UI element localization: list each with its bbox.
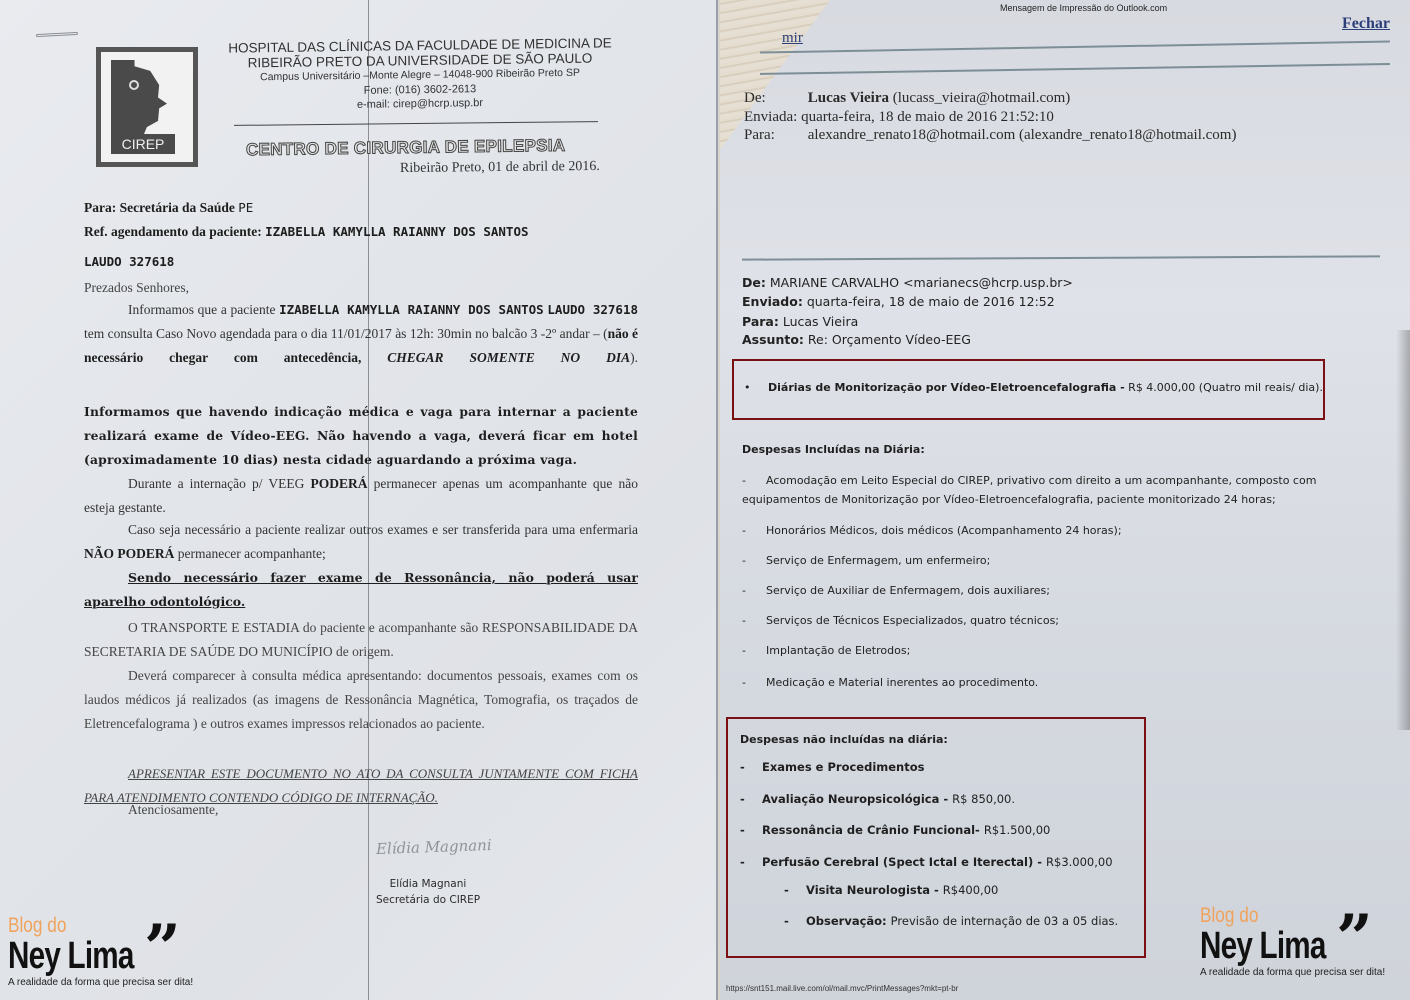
reference-label: Ref. agendamento da paciente: xyxy=(84,224,262,239)
dash-bullet-icon: - xyxy=(742,581,766,600)
excluded-item-price: Previsão de internação de 03 a 05 dias. xyxy=(891,914,1119,928)
excluded-item: -Ressonância de Crânio Funcional- R$1.50… xyxy=(740,823,1050,837)
field-label: Enviada: xyxy=(744,109,797,125)
text: ). xyxy=(630,350,638,365)
outer-sent: Enviada: quarta-feira, 18 de maio de 201… xyxy=(744,109,1054,126)
dash-bullet-icon: - xyxy=(740,792,762,806)
inner-subject: Assunto: Re: Orçamento Vídeo-EEG xyxy=(742,332,971,347)
print-link[interactable]: mir xyxy=(782,30,803,47)
text: permanecer acompanhante; xyxy=(178,546,326,561)
reference-line: Ref. agendamento da paciente: IZABELLA K… xyxy=(84,220,638,244)
excluded-item-price: R$3.000,00 xyxy=(1046,855,1113,869)
italic-notice: CHEGAR SOMENTE NO DIA xyxy=(387,350,630,365)
greeting: Prezados Senhores, xyxy=(84,276,638,300)
quote-mark-icon: ” xyxy=(1336,907,1373,971)
excluded-item: -Exames e Procedimentos xyxy=(740,760,924,774)
patient-name: IZABELLA KAMYLLA RAIANNY DOS SANTOS xyxy=(265,224,528,239)
blog-watermark: Blog do Ney Lima ” A realidade da forma … xyxy=(1200,905,1410,978)
bold-notice: PODERÁ xyxy=(310,476,367,491)
included-item-text: Honorários Médicos, dois médicos (Acompa… xyxy=(766,524,1122,537)
field-label: Para: xyxy=(742,314,779,329)
inner-from: De: MARIANE CARVALHO <marianecs@hcrp.usp… xyxy=(742,275,1073,290)
excluded-item-label: Visita Neurologista - xyxy=(806,883,943,897)
print-footer-url: https://snt151.mail.live.com/ol/mail.mvc… xyxy=(726,984,958,993)
daily-rate-label: Diárias de Monitorização por Vídeo-Eletr… xyxy=(768,381,1125,394)
sender: MARIANE CARVALHO <marianecs@hcrp.usp.br> xyxy=(770,275,1073,290)
dash-bullet-icon: - xyxy=(740,760,762,774)
field-label: De: xyxy=(742,275,766,290)
recipient: Lucas Vieira xyxy=(783,314,858,329)
recipient: alexandre_renato18@hotmail.com (alexandr… xyxy=(808,127,1237,143)
handwritten-signature: Elídia Magnani xyxy=(376,836,492,858)
header-divider xyxy=(234,121,598,126)
excluded-item-price: R$ 850,00. xyxy=(952,792,1015,806)
sender-email: (lucass_vieira@hotmail.com) xyxy=(893,90,1071,106)
recipient-label: Para: Secretária da Saúde xyxy=(84,200,235,215)
excluded-item: -Avaliação Neuropsicológica - R$ 850,00. xyxy=(740,792,1015,806)
included-item: -Medicação e Material inerentes ao proce… xyxy=(742,673,1390,692)
daily-rate-price: R$ 4.000,00 (Quatro mil reais/ dia). xyxy=(1128,381,1323,394)
dash-bullet-icon: - xyxy=(740,823,762,837)
included-item-text: Acomodação em Leito Especial do CIREP, p… xyxy=(742,474,1316,506)
dash-bullet-icon: - xyxy=(742,673,766,692)
signer-name: Elídia Magnani xyxy=(372,876,484,892)
watermark-tagline: A realidade da forma que precisa ser dit… xyxy=(8,977,228,988)
outer-from: De: Lucas Vieira (lucass_vieira@hotmail.… xyxy=(744,90,1070,107)
text: Caso seja necessário a paciente realizar… xyxy=(128,522,638,537)
included-item: -Acomodação em Leito Especial do CIREP, … xyxy=(742,471,1390,509)
included-item: -Serviço de Enfermagem, um enfermeiro; xyxy=(742,551,1390,570)
outer-to: Para: alexandre_renato18@hotmail.com (al… xyxy=(744,127,1236,144)
cirep-letter: CIREP HOSPITAL DAS CLÍNICAS DA FACULDADE… xyxy=(0,0,718,1000)
excluded-item: -Perfusão Cerebral (Spect Ictal e Iterec… xyxy=(740,855,1113,869)
print-window-title: Mensagem de Impressão do Outlook.com xyxy=(1000,3,1167,13)
included-item-text: Serviço de Auxiliar de Enfermagem, dois … xyxy=(766,584,1050,597)
dash-bullet-icon: - xyxy=(742,521,766,540)
signer-title: Secretária do CIREP xyxy=(372,892,484,908)
dash-bullet-icon: - xyxy=(784,883,806,897)
companion-paragraph: Durante a internação p/ VEEG PODERÁ perm… xyxy=(84,472,638,520)
appointment-paragraph: Informamos que a paciente IZABELLA KAMYL… xyxy=(84,298,638,370)
dash-bullet-icon: - xyxy=(742,641,766,660)
subject: Re: Orçamento Vídeo-EEG xyxy=(808,332,971,347)
dash-bullet-icon: - xyxy=(742,551,766,570)
bullet-icon: • xyxy=(744,381,751,394)
inner-to: Para: Lucas Vieira xyxy=(742,314,858,329)
excluded-item-label: Perfusão Cerebral (Spect Ictal e Iterect… xyxy=(762,855,1046,869)
blog-watermark: Blog do Ney Lima ” A realidade da forma … xyxy=(8,915,228,988)
closing: Atenciosamente, xyxy=(84,798,638,822)
dash-bullet-icon: - xyxy=(742,611,766,630)
field-label: Assunto: xyxy=(742,332,804,347)
laudo-number: LAUDO 327618 xyxy=(547,302,638,317)
excluded-item-price: R$1.500,00 xyxy=(984,823,1051,837)
excluded-item: -Observação: Previsão de internação de 0… xyxy=(784,914,1118,928)
dash-bullet-icon: - xyxy=(742,471,766,490)
dash-bullet-icon: - xyxy=(740,855,762,869)
center-title: CENTRO DE CIRURGIA DE EPILEPSIA xyxy=(246,136,566,160)
close-link[interactable]: Fechar xyxy=(1342,15,1390,33)
included-item-text: Serviços de Técnicos Especializados, qua… xyxy=(766,614,1059,627)
excluded-item-label: Observação: xyxy=(806,914,891,928)
included-item-text: Serviço de Enfermagem, um enfermeiro; xyxy=(766,554,990,567)
inner-sent: Enviado: quarta-feira, 18 de maio de 201… xyxy=(742,294,1055,309)
sent-date: quarta-feira, 18 de maio de 2016 21:52:1… xyxy=(801,109,1054,125)
laudo-number: LAUDO 327618 xyxy=(84,250,638,274)
logo-label: CIREP xyxy=(111,134,175,154)
recipient-value: PE xyxy=(238,200,253,215)
field-label: De: xyxy=(744,90,804,107)
excluded-title: Despesas não incluídas na diária: xyxy=(740,733,948,746)
field-label: Para: xyxy=(744,127,804,144)
staple-mark xyxy=(36,32,78,37)
bold-notice: NÃO PODERÁ xyxy=(84,546,174,561)
transport-paragraph: O TRANSPORTE E ESTADIA do paciente e aco… xyxy=(84,616,638,664)
video-eeg-paragraph: Informamos que havendo indicação médica … xyxy=(84,400,638,472)
text: tem consulta Caso Novo agendada para o d… xyxy=(84,326,608,341)
head-profile-icon xyxy=(111,60,167,138)
included-item: -Implantação de Eletrodos; xyxy=(742,641,1390,660)
documents-paragraph: Deverá comparecer à consulta médica apre… xyxy=(84,664,638,736)
daily-rate-line: • Diárias de Monitorização por Vídeo-Ele… xyxy=(744,381,1323,394)
excluded-item: -Visita Neurologista - R$400,00 xyxy=(784,883,998,897)
dash-bullet-icon: - xyxy=(784,914,806,928)
excluded-item-price: R$400,00 xyxy=(943,883,999,897)
brain-dot-icon xyxy=(129,80,139,90)
text: Durante a internação p/ VEEG xyxy=(128,476,304,491)
sender-name: Lucas Vieira xyxy=(808,90,889,106)
quote-mark-icon: ” xyxy=(144,917,181,981)
excluded-item-label: Avaliação Neuropsicológica - xyxy=(762,792,952,806)
included-title: Despesas Incluídas na Diária: xyxy=(742,443,925,456)
watermark-tagline: A realidade da forma que precisa ser dit… xyxy=(1200,967,1410,978)
included-item-text: Implantação de Eletrodos; xyxy=(766,644,910,657)
included-item: -Serviços de Técnicos Especializados, qu… xyxy=(742,611,1390,630)
text: Informamos que a paciente xyxy=(84,302,275,317)
resonance-warning: Sendo necessário fazer exame de Ressonân… xyxy=(84,566,638,614)
sent-date: quarta-feira, 18 de maio de 2016 12:52 xyxy=(807,294,1055,309)
excluded-item-label: Ressonância de Crânio Funcional- xyxy=(762,823,984,837)
excluded-item-label: Exames e Procedimentos xyxy=(762,760,924,774)
page-shadow xyxy=(1396,330,1410,730)
included-item-text: Medicação e Material inerentes ao proced… xyxy=(766,676,1038,689)
transfer-paragraph: Caso seja necessário a paciente realizar… xyxy=(84,518,638,566)
letter-date: Ribeirão Preto, 01 de abril de 2016. xyxy=(400,159,600,177)
cirep-logo: CIREP xyxy=(96,47,198,167)
field-label: Enviado: xyxy=(742,294,803,309)
included-item: -Honorários Médicos, dois médicos (Acomp… xyxy=(742,521,1390,540)
patient-name: IZABELLA KAMYLLA RAIANNY DOS SANTOS xyxy=(279,302,544,317)
included-item: -Serviço de Auxiliar de Enfermagem, dois… xyxy=(742,581,1390,600)
recipient-line: Para: Secretária da Saúde PE xyxy=(84,196,638,220)
signer-block: Elídia Magnani Secretária do CIREP xyxy=(372,876,484,908)
